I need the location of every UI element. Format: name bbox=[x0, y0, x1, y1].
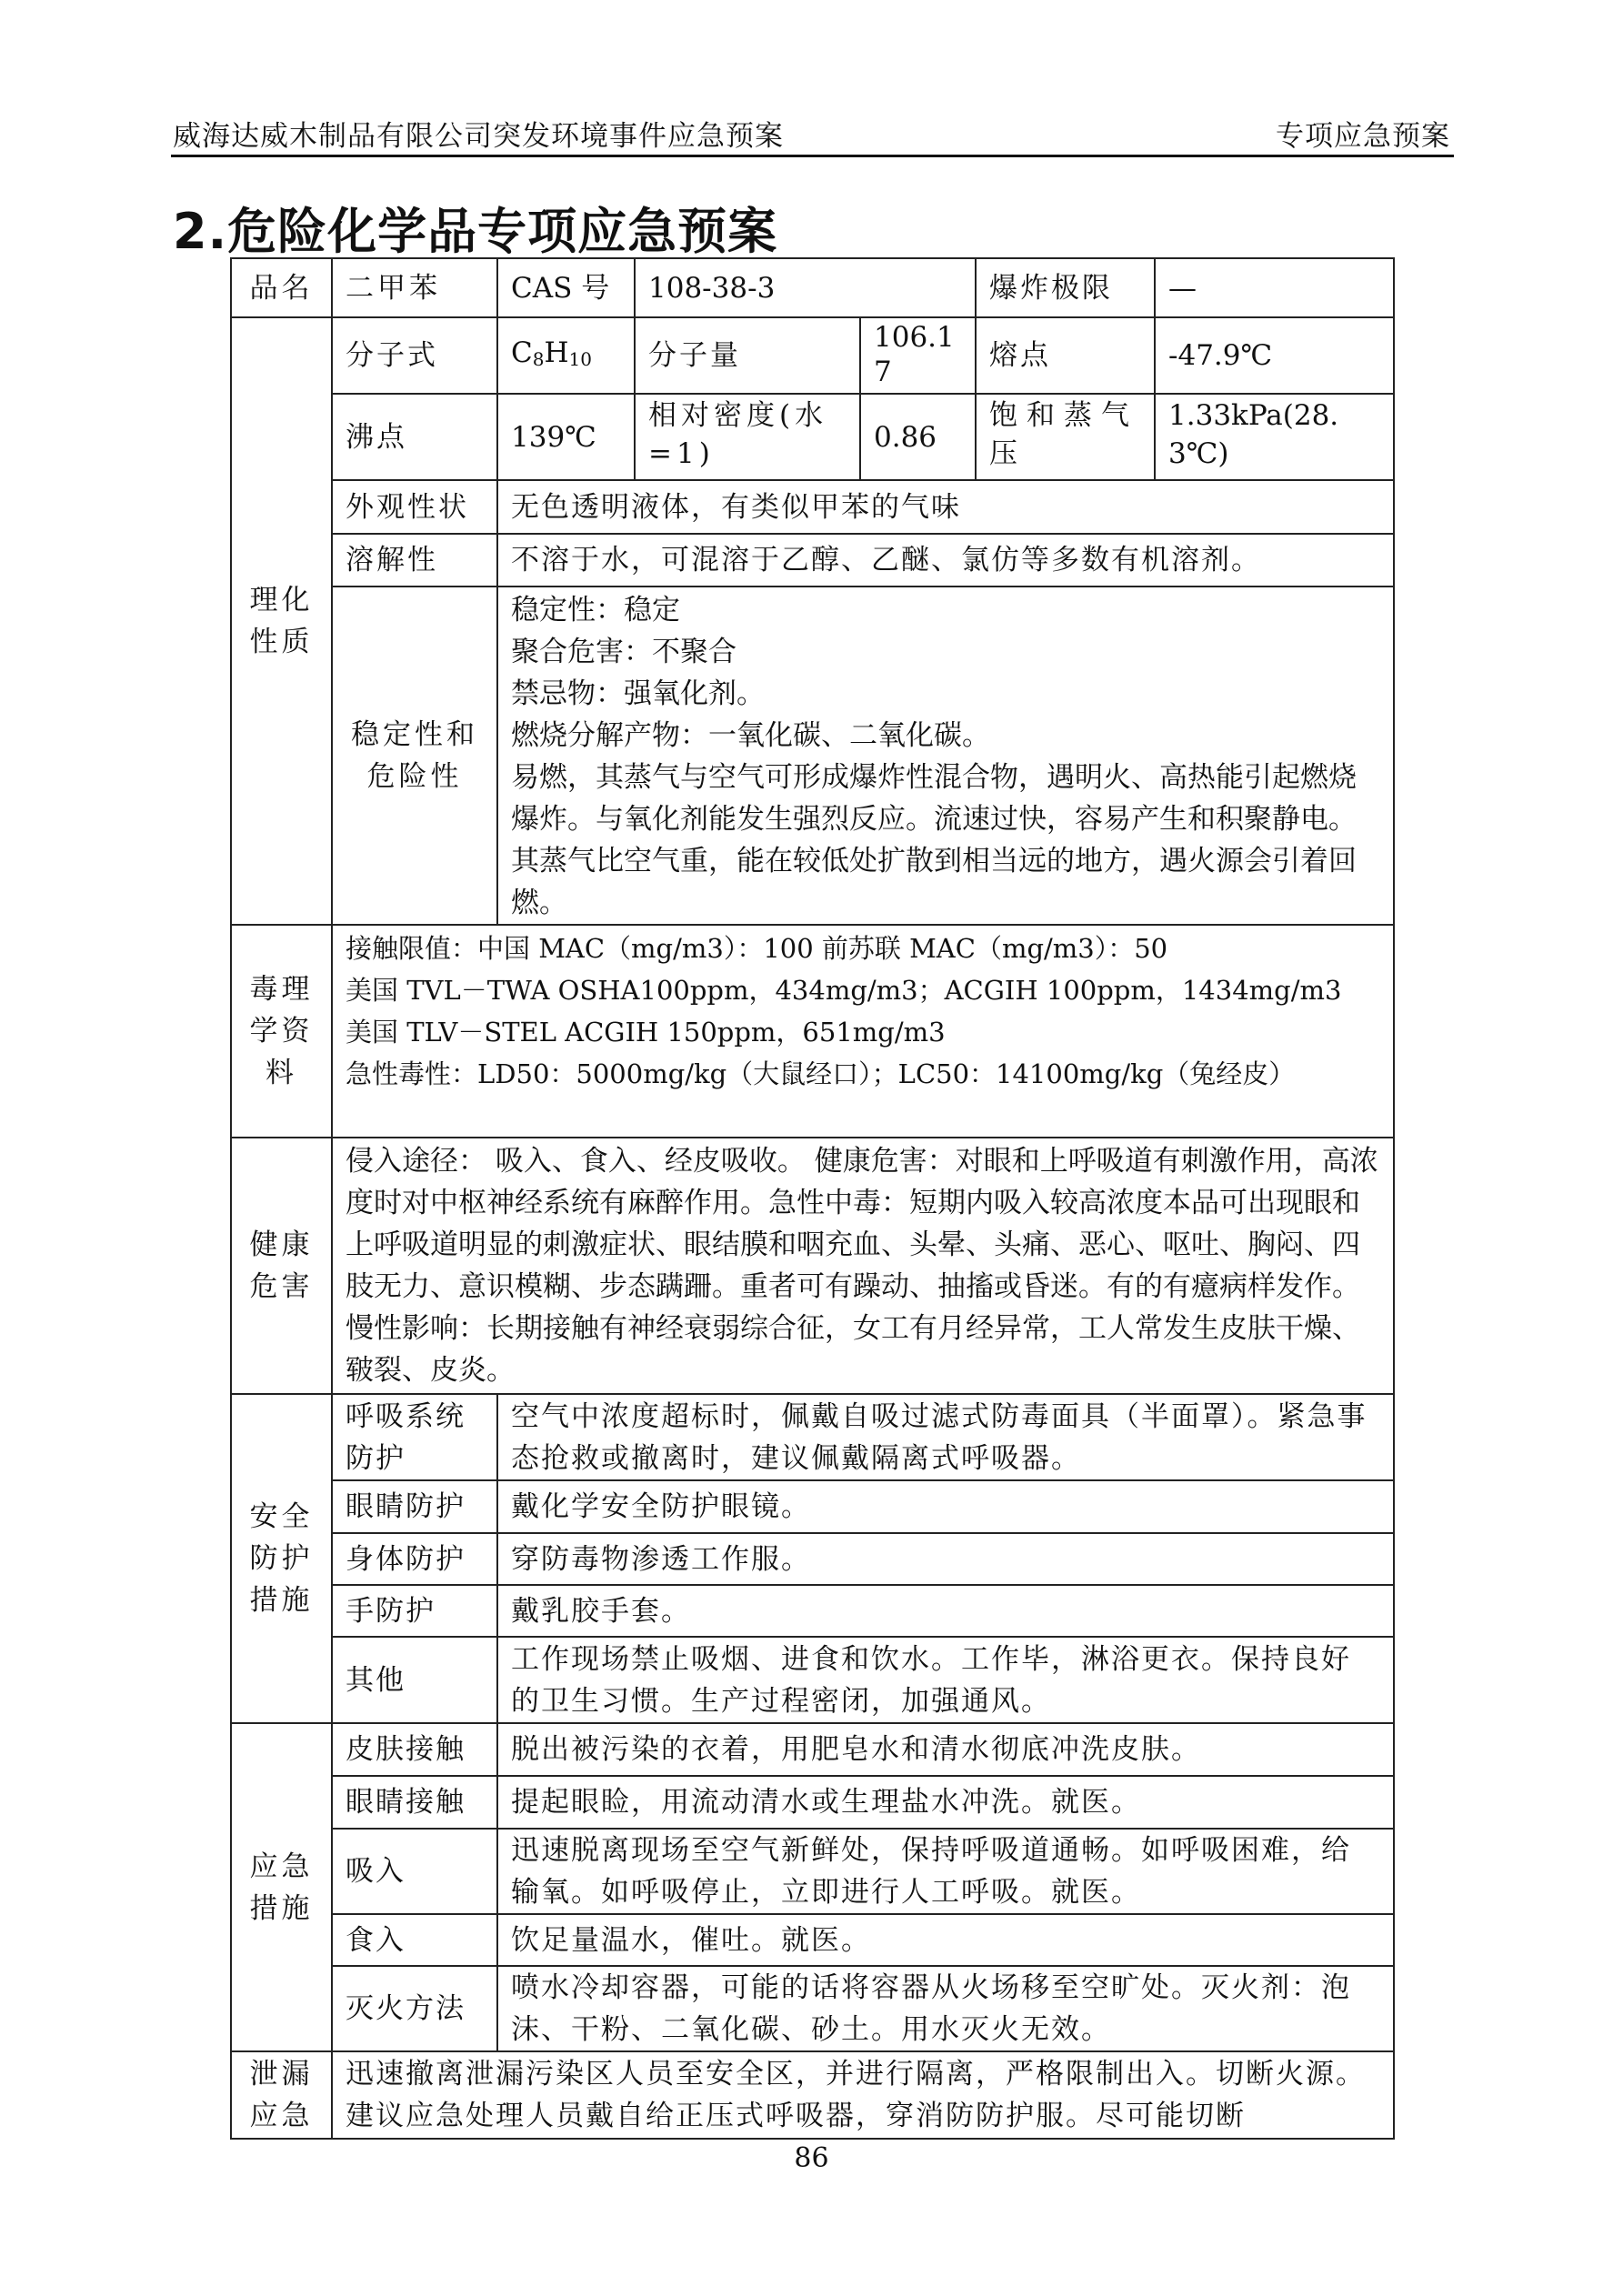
protection-value: 工作现场禁止吸烟、进食和饮水。工作毕，淋浴更衣。保持良好的卫生习惯。生产过程密闭… bbox=[497, 1637, 1394, 1723]
protection-label: 呼吸系统防护 bbox=[332, 1394, 497, 1480]
section-toxicology: 毒理学资料 bbox=[231, 925, 332, 1138]
table-row-protection-2: 身体防护 穿防毒物渗透工作服。 bbox=[231, 1533, 1394, 1585]
cas-value: 108-38-3 bbox=[635, 258, 976, 317]
mp-value: -47.9℃ bbox=[1155, 317, 1394, 394]
table-row-emergency-2: 吸入 迅速脱离现场至空气新鲜处，保持呼吸道通畅。如呼吸困难，给输氧。如呼吸停止，… bbox=[231, 1829, 1394, 1914]
bp-label: 沸点 bbox=[332, 394, 497, 480]
section-physchem: 理化性质 bbox=[231, 317, 332, 925]
table-row-emergency-1: 眼睛接触 提起眼睑，用流动清水或生理盐水冲洗。就医。 bbox=[231, 1776, 1394, 1829]
leak-text: 迅速撤离泄漏污染区人员至安全区，并进行隔离，严格限制出入。切断火源。建议应急处理… bbox=[332, 2051, 1394, 2139]
table-row-appearance: 外观性状 无色透明液体，有类似甲苯的气味 bbox=[231, 480, 1394, 534]
cas-label: CAS 号 bbox=[497, 258, 635, 317]
running-header-section: 专项应急预案 bbox=[1276, 113, 1450, 154]
emergency-value: 喷水冷却容器，可能的话将容器从火场移至空旷处。灭火剂：泡沫、干粉、二氧化碳、砂土… bbox=[497, 1966, 1394, 2051]
section-leak: 泄漏应急 bbox=[231, 2051, 332, 2139]
explosion-limit-label: 爆炸极限 bbox=[976, 258, 1155, 317]
explosion-limit-value: — bbox=[1155, 258, 1394, 317]
table-row-toxicology: 毒理学资料 接触限值：中国 MAC（mg/m3）：100 前苏联 MAC（mg/… bbox=[231, 925, 1394, 1138]
protection-value: 空气中浓度超标时，佩戴自吸过滤式防毒面具（半面罩）。紧急事态抢救或撤离时，建议佩… bbox=[497, 1394, 1394, 1480]
table-row-emergency-4: 灭火方法 喷水冷却容器，可能的话将容器从火场移至空旷处。灭火剂：泡沫、干粉、二氧… bbox=[231, 1966, 1394, 2051]
density-label: 相对密度(水=1) bbox=[635, 394, 860, 480]
table-row-leak: 泄漏应急 迅速撤离泄漏污染区人员至安全区，并进行隔离，严格限制出入。切断火源。建… bbox=[231, 2051, 1394, 2139]
table-row-health: 健康危害 侵入途径： 吸入、食入、经皮吸收。 健康危害：对眼和上呼吸道有刺激作用… bbox=[231, 1138, 1394, 1394]
mp-label: 熔点 bbox=[976, 317, 1155, 394]
table-row-protection-3: 手防护 戴乳胶手套。 bbox=[231, 1585, 1394, 1637]
health-text: 侵入途径： 吸入、食入、经皮吸收。 健康危害：对眼和上呼吸道有刺激作用，高浓度时… bbox=[332, 1138, 1394, 1394]
appearance-label: 外观性状 bbox=[332, 480, 497, 534]
table-row-protection-4: 其他 工作现场禁止吸烟、进食和饮水。工作毕，淋浴更衣。保持良好的卫生习惯。生产过… bbox=[231, 1637, 1394, 1723]
appearance-value: 无色透明液体，有类似甲苯的气味 bbox=[497, 480, 1394, 534]
formula-c: C bbox=[511, 336, 533, 369]
page-title: 2.危险化学品专项应急预案 bbox=[173, 193, 777, 263]
table-row-emergency-0: 应急措施 皮肤接触 脱出被污染的衣着，用肥皂水和清水彻底冲洗皮肤。 bbox=[231, 1723, 1394, 1776]
table-row-identity: 品名 二甲苯 CAS 号 108-38-3 爆炸极限 — bbox=[231, 258, 1394, 317]
section-health: 健康危害 bbox=[231, 1138, 332, 1394]
density-value: 0.86 bbox=[860, 394, 976, 480]
page-number: 86 bbox=[0, 2142, 1623, 2174]
emergency-label: 食入 bbox=[332, 1914, 497, 1966]
section-stability: 稳定性和危险性 bbox=[332, 587, 497, 925]
running-header-title: 威海达威木制品有限公司突发环境事件应急预案 bbox=[173, 113, 784, 154]
table-row-solubility: 溶解性 不溶于水，可混溶于乙醇、乙醚、氯仿等多数有机溶剂。 bbox=[231, 534, 1394, 587]
emergency-value: 提起眼睑，用流动清水或生理盐水冲洗。就医。 bbox=[497, 1776, 1394, 1829]
formula-c-sub: 8 bbox=[533, 348, 545, 370]
protection-label: 身体防护 bbox=[332, 1533, 497, 1585]
emergency-label: 眼睛接触 bbox=[332, 1776, 497, 1829]
table-row-emergency-3: 食入 饮足量温水，催吐。就医。 bbox=[231, 1914, 1394, 1966]
bp-value: 139℃ bbox=[497, 394, 635, 480]
header-rule bbox=[171, 155, 1454, 157]
section-protection: 安全防护措施 bbox=[231, 1394, 332, 1723]
table-row-formula: 理化性质 分子式 C8H10 分子量 106.17 熔点 -47.9℃ bbox=[231, 317, 1394, 394]
protection-label: 手防护 bbox=[332, 1585, 497, 1637]
vapor-pressure-value: 1.33kPa(28.3℃) bbox=[1155, 394, 1394, 480]
section-emergency: 应急措施 bbox=[231, 1723, 332, 2051]
emergency-label: 吸入 bbox=[332, 1829, 497, 1914]
formula-value: C8H10 bbox=[497, 317, 635, 394]
formula-label: 分子式 bbox=[332, 317, 497, 394]
protection-value: 戴化学安全防护眼镜。 bbox=[497, 1480, 1394, 1533]
table-row-protection-1: 眼睛防护 戴化学安全防护眼镜。 bbox=[231, 1480, 1394, 1533]
table-row-stability: 稳定性和危险性 稳定性：稳定 聚合危害：不聚合 禁忌物：强氧化剂。 燃烧分解产物… bbox=[231, 587, 1394, 925]
toxicology-text: 接触限值：中国 MAC（mg/m3）：100 前苏联 MAC（mg/m3）：50… bbox=[332, 925, 1394, 1138]
vapor-pressure-label: 饱和蒸气压 bbox=[976, 394, 1155, 480]
name-value: 二甲苯 bbox=[332, 258, 497, 317]
mw-label: 分子量 bbox=[635, 317, 860, 394]
solubility-label: 溶解性 bbox=[332, 534, 497, 587]
emergency-value: 饮足量温水，催吐。就医。 bbox=[497, 1914, 1394, 1966]
stability-text: 稳定性：稳定 聚合危害：不聚合 禁忌物：强氧化剂。 燃烧分解产物：一氧化碳、二氧… bbox=[497, 587, 1394, 925]
formula-h-sub: 10 bbox=[569, 348, 592, 370]
protection-value: 穿防毒物渗透工作服。 bbox=[497, 1533, 1394, 1585]
formula-h: H bbox=[544, 336, 568, 369]
emergency-label: 灭火方法 bbox=[332, 1966, 497, 2051]
name-label: 品名 bbox=[231, 258, 332, 317]
protection-label: 眼睛防护 bbox=[332, 1480, 497, 1533]
emergency-label: 皮肤接触 bbox=[332, 1723, 497, 1776]
solubility-value: 不溶于水，可混溶于乙醇、乙醚、氯仿等多数有机溶剂。 bbox=[497, 534, 1394, 587]
emergency-value: 脱出被污染的衣着，用肥皂水和清水彻底冲洗皮肤。 bbox=[497, 1723, 1394, 1776]
table-row-protection-0: 安全防护措施 呼吸系统防护 空气中浓度超标时，佩戴自吸过滤式防毒面具（半面罩）。… bbox=[231, 1394, 1394, 1480]
msds-table: 品名 二甲苯 CAS 号 108-38-3 爆炸极限 — 理化性质 分子式 C8… bbox=[230, 257, 1395, 2140]
mw-value: 106.17 bbox=[860, 317, 976, 394]
emergency-value: 迅速脱离现场至空气新鲜处，保持呼吸道通畅。如呼吸困难，给输氧。如呼吸停止，立即进… bbox=[497, 1829, 1394, 1914]
protection-value: 戴乳胶手套。 bbox=[497, 1585, 1394, 1637]
table-row-boiling: 沸点 139℃ 相对密度(水=1) 0.86 饱和蒸气压 1.33kPa(28.… bbox=[231, 394, 1394, 480]
protection-label: 其他 bbox=[332, 1637, 497, 1723]
